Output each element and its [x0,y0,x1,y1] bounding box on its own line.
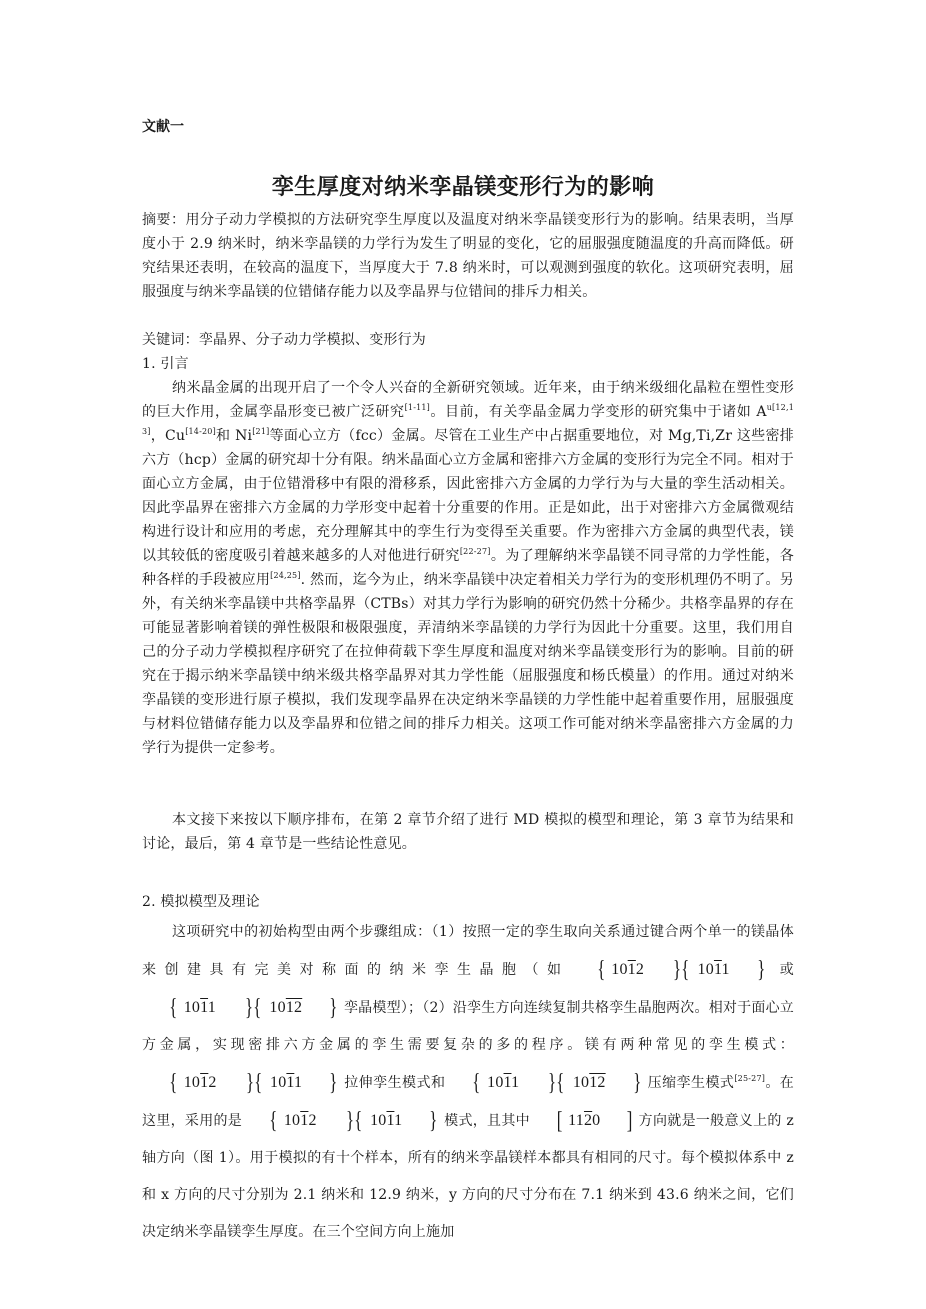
citation: [24,25] [270,571,301,580]
body-text: 和 Ni [216,428,252,444]
citation: [1-11] [405,403,430,412]
body-text: 压缩孪生模式 [647,1075,734,1091]
miller-index-pair: {1012}{1011} [570,961,772,978]
section-1-heading: 1. 引言 [142,352,794,376]
section-1-paragraph-2: 本文接下来按以下顺序排布，在第 2 章节介绍了进行 MD 模拟的模型和理论，第 … [142,808,794,856]
abstract-block: 摘要：用分子动力学模拟的方法研究孪生厚度以及温度对纳米孪晶镁变形行为的影响。结果… [142,208,794,304]
section-1-paragraph-1: 纳米晶金属的出现开启了一个令人兴奋的全新研究领域。近年来，由于纳米级细化晶粒在塑… [142,376,794,760]
paper-title: 孪生厚度对纳米孪晶镁变形行为的影响 [0,170,926,201]
document-label: 文献一 [142,116,184,136]
miller-index-pair: {1012}{1011} [142,1074,344,1091]
citation: [21] [252,427,269,436]
miller-index-pair: {1012}{1011} [242,1112,444,1129]
body-text: . 然而，迄今为止，纳米孪晶镁中决定着相关力学行为的变形机理仍不明了。另外，有关… [142,572,794,756]
abstract-label: 摘要： [142,212,186,228]
citation: [22-27] [460,547,491,556]
body-text: 方向就是一般意义上的 z 轴方向（图 1）。用于模拟的有十个样本，所有的纳米孪晶… [142,1113,794,1240]
body-text: 或 [771,962,794,978]
citation: [14-20] [185,427,216,436]
body-text: 等面心立方（fcc）金属。尽管在工业生产中占据重要地位，对 Mg,Ti,Zr 这… [142,428,794,564]
body-text: 模式，且其中 [444,1113,530,1129]
keywords-text: 孪晶界、分子动力学模拟、变形行为 [199,332,426,348]
keywords-block: 关键词：孪晶界、分子动力学模拟、变形行为 [142,328,794,352]
section-2-heading: 2. 模拟模型及理论 [142,890,794,914]
body-text: 。目前，有关孪晶金属力学变形的研究集中于诸如 A [430,404,767,420]
citation: [25-27] [734,1074,765,1083]
body-text: 拉伸孪生模式和 [344,1075,445,1091]
abstract-text: 用分子动力学模拟的方法研究孪生厚度以及温度对纳米孪晶镁变形行为的影响。结果表明，… [142,212,794,300]
section-2-paragraph-1: 这项研究中的初始构型由两个步骤组成：（1）按照一定的孪生取向关系通过键合两个单一… [142,914,794,1251]
miller-index-pair: {1011}{1012} [142,999,344,1016]
miller-index-direction: [1120] [530,1112,639,1129]
keywords-label: 关键词： [142,332,199,348]
miller-index-pair: {1011}{1012} [445,1074,647,1091]
body-text: ，Cu [151,428,186,444]
